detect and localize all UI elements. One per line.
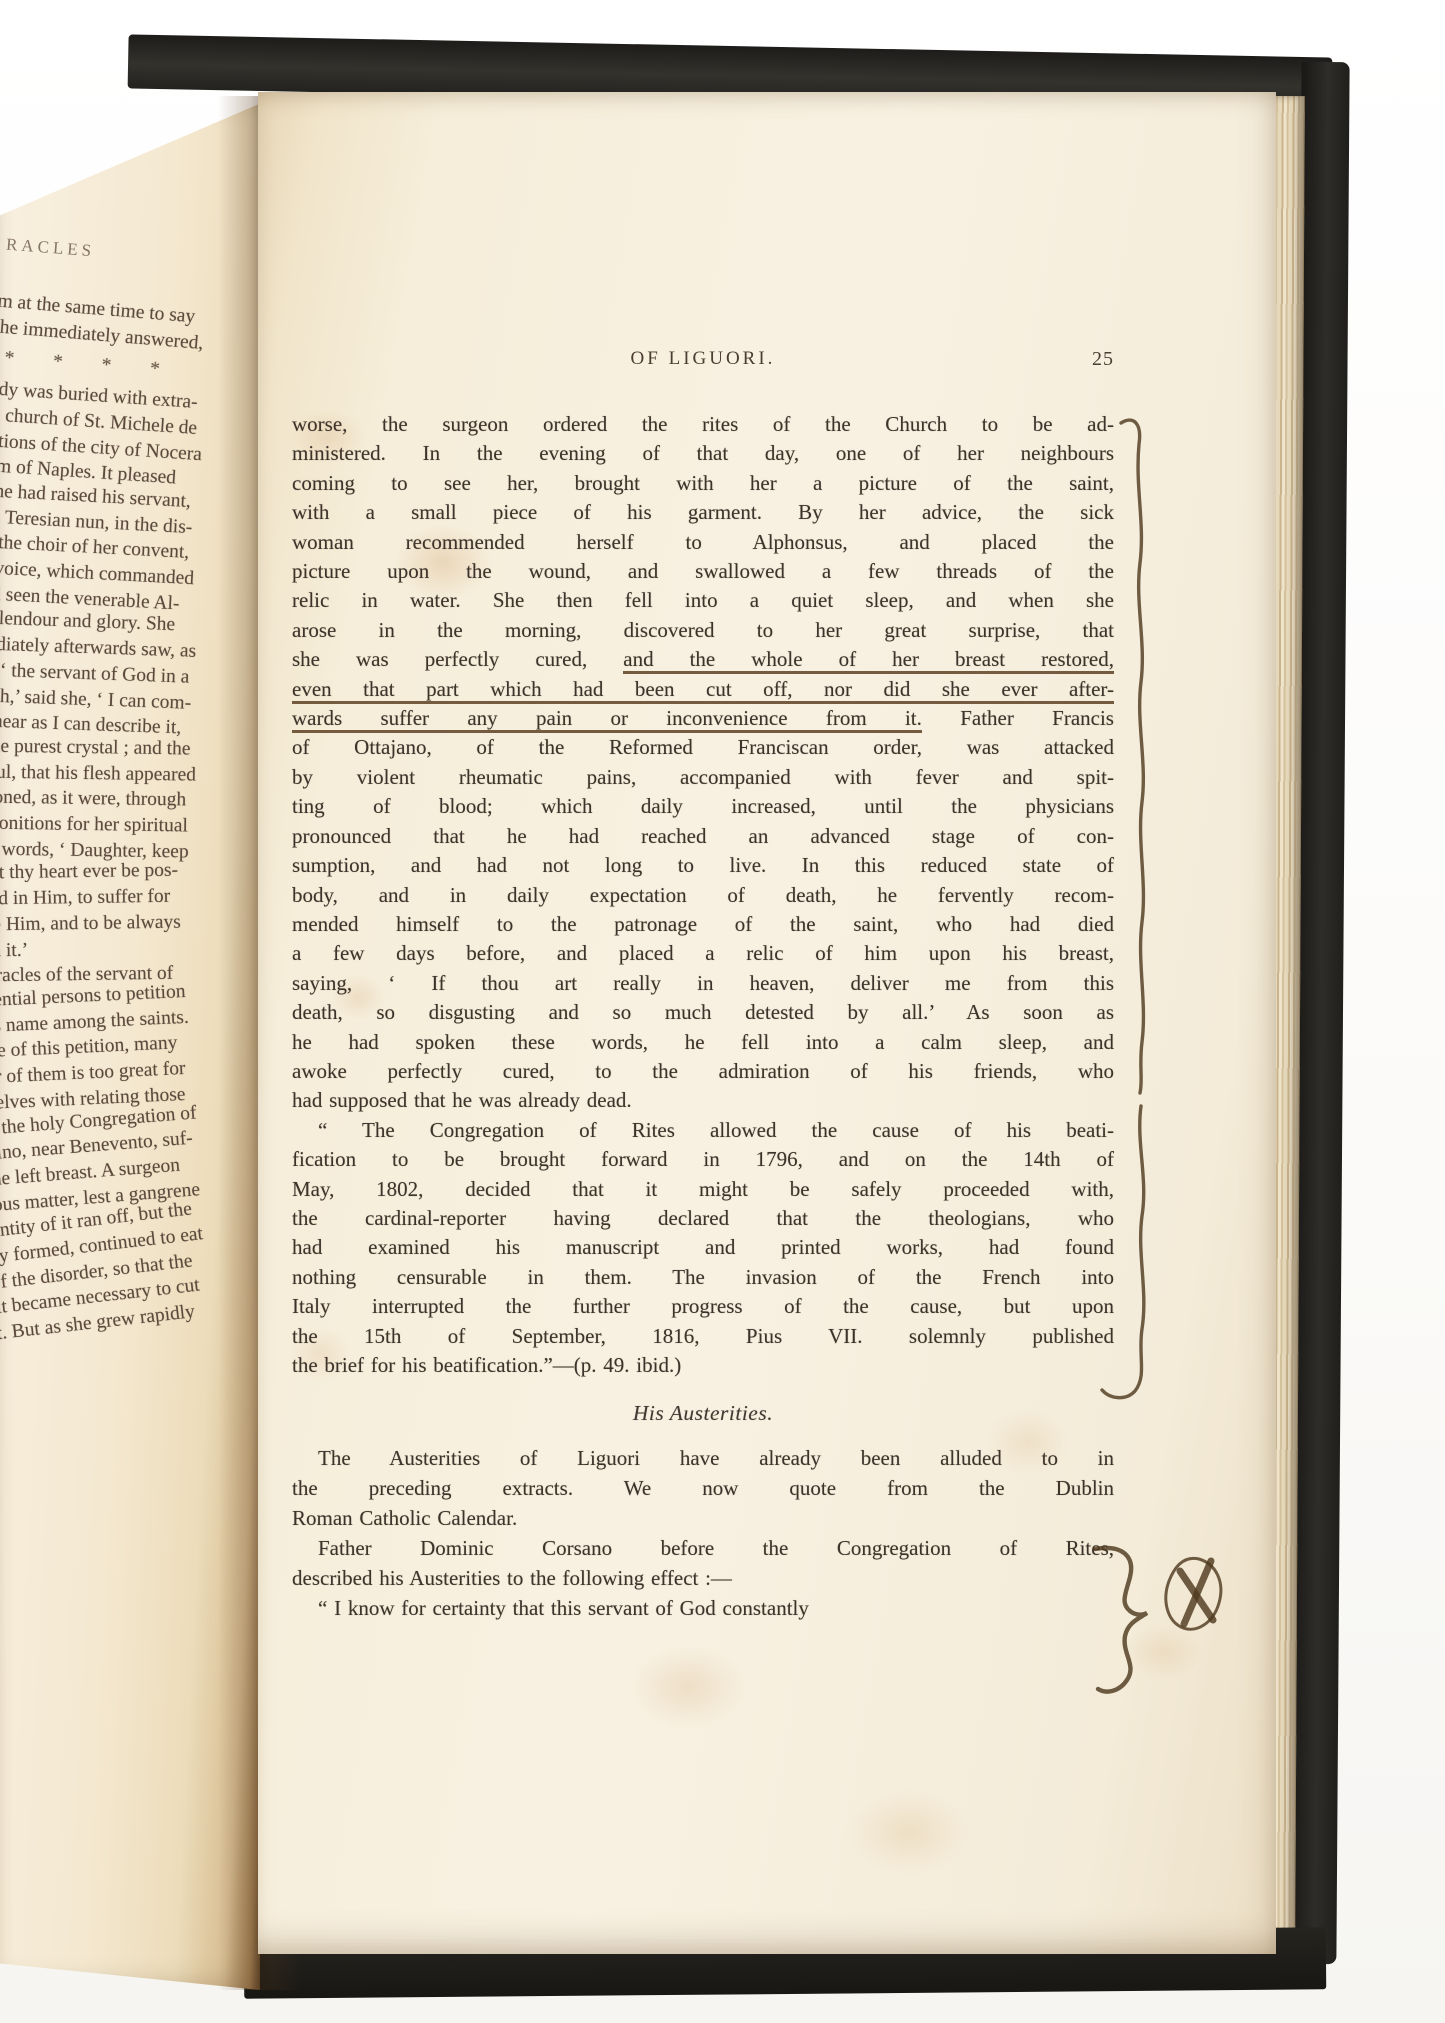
text-line: even that part which had been cut off, n… xyxy=(292,675,1114,704)
text-line: with a small piece of his garment. By he… xyxy=(292,498,1114,527)
text-line: “ I know for certainty that this servant… xyxy=(292,1593,1114,1623)
running-header: OF LIGUORI. xyxy=(631,348,776,369)
text-line: body, and in daily expectation of death,… xyxy=(292,881,1114,910)
text-line: Italy interrupted the further progress o… xyxy=(292,1292,1114,1321)
text-line: by violent rheumatic pains, accompanied … xyxy=(292,763,1114,792)
text-line: ed in the purest crystal ; and the xyxy=(0,733,260,764)
text-line: “ The Congregation of Rites allowed the … xyxy=(292,1116,1114,1145)
underlined-text: even that part which had been cut off, n… xyxy=(292,677,1114,704)
page-number: 25 xyxy=(1092,348,1114,371)
text-line: nothing censurable in them. The invasion… xyxy=(292,1263,1114,1292)
text-line: she was perfectly cured, and the whole o… xyxy=(292,645,1114,674)
text-line: the brief for his beatification.”—(p. 49… xyxy=(292,1351,1114,1380)
text-line: he had spoken these words, he fell into … xyxy=(292,1028,1114,1057)
underlined-text: wards suffer any pain or inconvenience f… xyxy=(292,706,922,733)
text-line: pronounced that he had reached an advanc… xyxy=(292,822,1114,851)
text-line: a few days before, and placed a relic of… xyxy=(292,939,1114,968)
text-line: May, 1802, decided that it might be safe… xyxy=(292,1175,1114,1204)
text-line: sumption, and had not long to live. In t… xyxy=(292,851,1114,880)
text-line: arose in the morning, discovered to her … xyxy=(292,616,1114,645)
text-line: Father Dominic Corsano before the Congre… xyxy=(292,1533,1114,1563)
text-line: coming to see her, brought with her a pi… xyxy=(292,469,1114,498)
text-line: woman recommended herself to Alphonsus, … xyxy=(292,528,1114,557)
left-running-header: RACLES xyxy=(5,235,95,262)
text-line: had supposed that he was already dead. xyxy=(292,1086,1114,1115)
left-page: RACLES lling him at the same time to say… xyxy=(0,96,260,1990)
text-line: saying, ‘ If thou art really in heaven, … xyxy=(292,969,1114,998)
text-line: picture upon the wound, and swallowed a … xyxy=(292,557,1114,586)
running-header-row: OF LIGUORI. 25 xyxy=(292,348,1114,370)
right-page: OF LIGUORI. 25 worse, the surgeon ordere… xyxy=(258,92,1276,1954)
text-line: mended himself to the patronage of the s… xyxy=(292,910,1114,939)
text-line: l please Him, and to be always xyxy=(0,908,260,939)
text-line: had examined his manuscript and printed … xyxy=(292,1233,1114,1262)
text-column: worse, the surgeon ordered the rites of … xyxy=(292,410,1114,1623)
underlined-text: and the whole of her breast restored, xyxy=(623,647,1114,674)
text-line: fication to be brought forward in 1796, … xyxy=(292,1145,1114,1174)
text-line: the preceding extracts. We now quote fro… xyxy=(292,1473,1114,1503)
text-line: the cardinal-reporter having declared th… xyxy=(292,1204,1114,1233)
text-line: The Austerities of Liguori have already … xyxy=(292,1443,1114,1473)
open-book-photograph: RACLES lling him at the same time to say… xyxy=(0,0,1445,2023)
text-line: wards suffer any pain or inconvenience f… xyxy=(292,704,1114,733)
text-line: relic in water. She then fell into a qui… xyxy=(292,586,1114,615)
text-line: of Ottajano, of the Reformed Franciscan … xyxy=(292,733,1114,762)
text-line: described his Austerities to the followi… xyxy=(292,1563,1114,1593)
left-page-text: lling him at the same time to say d ; an… xyxy=(0,284,260,1350)
text-line: worse, the surgeon ordered the rites of … xyxy=(292,410,1114,439)
text-line: Roman Catholic Calendar. xyxy=(292,1503,1114,1533)
text-line: ministered. In the evening of that day, … xyxy=(292,439,1114,468)
text-line: ting of blood; which daily increased, un… xyxy=(292,792,1114,821)
text-line: death, so disgusting and so much deteste… xyxy=(292,998,1114,1027)
text-line: the 15th of September, 1816, Pius VII. s… xyxy=(292,1322,1114,1351)
text-line: awoke perfectly cured, to the admiration… xyxy=(292,1057,1114,1086)
section-heading: His Austerities. xyxy=(292,1401,1114,1426)
